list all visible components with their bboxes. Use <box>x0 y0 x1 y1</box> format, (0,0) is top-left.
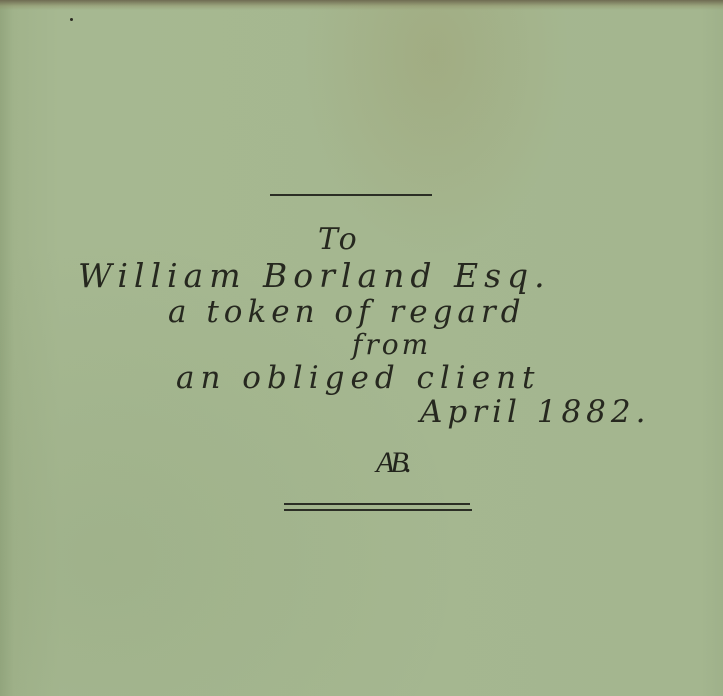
monogram-signature: AB. <box>376 446 408 480</box>
top-rule <box>270 194 432 196</box>
inscription-line-recipient: William Borland Esq. <box>78 256 551 295</box>
bottom-rule-lower <box>284 509 472 511</box>
inscription-line-from: from <box>352 328 431 361</box>
inscription-line-to: To <box>318 222 360 257</box>
inscription-line-date: April 1882. <box>420 394 650 430</box>
inscription-line-client: an obliged client <box>176 360 541 396</box>
inscription-line-token: a token of regard <box>168 294 526 330</box>
inscription-page: To William Borland Esq. a token of regar… <box>0 0 723 696</box>
page-top-edge <box>0 0 723 10</box>
ink-speck <box>70 18 73 21</box>
bottom-rule-upper <box>284 503 470 505</box>
